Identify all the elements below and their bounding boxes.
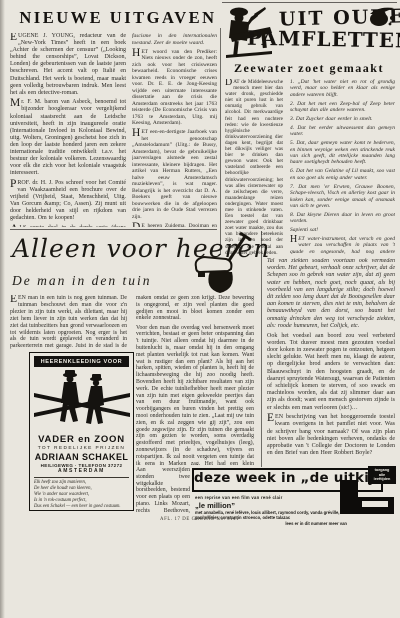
heeren-column-2: maken omdat ze geen zon krijgt. Deze bew… — [136, 295, 254, 465]
ad-header: HEERENKLEEDING VOOR — [34, 356, 129, 367]
dropcap: H — [290, 236, 297, 245]
article-paragraph: EEN man in een tuin is nog geen tuinman.… — [10, 295, 127, 349]
article-paragraph: maken omdat ze geen zon krijgt. Deze bew… — [136, 295, 254, 322]
dropcap: E — [10, 33, 17, 43]
article-paragraph: EEN beschrijving van het hooggeroemde to… — [267, 414, 395, 457]
pamphlet-claim-item: 7. Dat men 'er Erwten, Grauwe Boonen, Sc… — [290, 184, 395, 210]
uitkijk-logo-slot — [362, 501, 388, 507]
dropcap: E — [267, 414, 274, 424]
section-divider-rule — [10, 229, 217, 230]
pamphlet-claim-item: Sapienti sat! — [290, 227, 395, 233]
ad-verse-line: Dus een Schakel — een heer in goed costu… — [34, 504, 129, 510]
pamphlet-claim-item: 2. Dat het met een Zeep-bal of Zeep bete… — [290, 101, 395, 114]
nieuwe-uitgaven-column-2: fascisme in den internationalen toestand… — [132, 33, 217, 227]
pamfletten-column-1: DAT de Middeleeuwsche mensch meer bier d… — [225, 79, 283, 255]
pamphlet-claim-item: 3. Dat Zuycker daar eerder in smelt. — [290, 116, 395, 122]
article-paragraph: HET water-instrument, dat versch en goed… — [290, 236, 395, 255]
ad-merchant-name: ADRIAAN SCHAKEL — [34, 452, 129, 462]
column-divider-rule-top — [220, 28, 221, 255]
dropcap: D — [225, 79, 232, 88]
column-divider-rule-bottom — [261, 231, 262, 467]
ad-vader-en-zoon: VADER en ZOON — [34, 434, 129, 445]
film-title: „le million” — [195, 501, 347, 510]
scan-edge-shadow — [0, 0, 5, 618]
pamphlet-claim-item: 6. Dat het van Gelatine of Lil maakt, so… — [290, 168, 395, 181]
age-admission-badge: toegang alle leeftijden — [368, 466, 396, 484]
dropcap: P — [10, 180, 16, 190]
banner-title-line2: PAMFLETTEN — [247, 26, 397, 53]
ad-verse: Elk heeft zoo zijn manieren, De heer die… — [34, 477, 129, 510]
schakel-advertisement[interactable]: HEERENKLEEDING VOOR VADER en ZOON TOT RE… — [29, 352, 134, 511]
inkpot-ornament-icon — [366, 4, 396, 28]
review-paragraph: HET een-en-dertigste Jaarboek van het ge… — [132, 129, 217, 220]
article-paragraph: Voor den man die overdag veel hersenwerk… — [136, 325, 254, 465]
review-paragraph: ALS eerste deel in de derde serie (thans… — [10, 225, 126, 227]
review-paragraph: fascisme in den internationalen toestand… — [132, 33, 217, 46]
pamphlet-claim-item: 1. „Dat 'het water niet en rot of grondi… — [290, 79, 395, 98]
badge-line: leeftijden — [369, 477, 395, 482]
review-paragraph: PROF. dr. H. J. Pos schreef voor het Com… — [10, 180, 126, 223]
heeren-column-1: EEN man in een tuin is nog geen tuinman.… — [10, 295, 127, 349]
review-paragraph: EUGENE J. YOUNG, redacteur van de „New-Y… — [10, 33, 126, 97]
film-note: lees er in dit nummer meer van — [195, 521, 347, 526]
heeren-column-2-tail: Aan weerszijden stonden twee witgekalkte… — [136, 467, 190, 514]
page-footer: AFL. 17 DE GROENE No. 3141 — [160, 517, 239, 522]
article-paragraph: DAT de Middeleeuwsche mensch meer bier d… — [225, 79, 283, 255]
film-kicker: een reprise van een film van rené clair — [195, 495, 347, 500]
article-paragraph: Ook het voedsel aan boord zou veel verbe… — [267, 333, 395, 412]
pamphlet-claim-item: 5. Dat, daar gemeyn water komt te bederv… — [290, 140, 395, 166]
dropcap: E — [10, 295, 17, 305]
review-paragraph: HET woord van den Prediker: Niets nieuws… — [132, 49, 217, 127]
pamfletten-column-2: 1. „Dat 'het water niet en rot of grondi… — [290, 79, 395, 255]
article-paragraph: Aan weerszijden stonden twee witgekalkte… — [136, 467, 190, 514]
top-rule — [222, 2, 397, 3]
pamphlet-claim-item: 8. Dat kleyne Dieren daar in leven en gr… — [290, 212, 395, 225]
uitkijk-logo-icon — [340, 480, 358, 514]
father-and-son-illustration — [34, 367, 130, 429]
dropcap: H — [132, 129, 140, 139]
dropcap: M — [10, 99, 20, 109]
article-paragraph: Tal van ziekten souden voortaan ook verm… — [267, 258, 395, 330]
review-paragraph: Mr. F. M. baron van Asbeck, benoemd tot … — [10, 99, 126, 177]
dropcap: D — [132, 223, 140, 228]
pamphlet-claim-item: 4. Dat het eerder uitwaessemt dan gemeyn… — [290, 125, 395, 138]
dropcap: A — [10, 225, 18, 227]
ad-city: AMSTERDAM — [34, 468, 129, 474]
article-title-man-in-den-tuin: De man in den tuin — [12, 273, 152, 289]
section-title-nieuwe-uitgaven: NIEUWE UITGAVEN — [18, 8, 218, 28]
nieuwe-uitgaven-column-1: EUGENE J. YOUNG, redacteur van de „New-Y… — [10, 33, 126, 227]
ad-prijzen-line: TOT REDELIJKE PRIJZEN — [34, 446, 129, 451]
article-title-zeewater: Zeewater zoet gemaakt — [222, 61, 396, 76]
dropcap: H — [132, 49, 140, 59]
review-paragraph: DE heeren Zuidema, Dooiman en Brandt heb… — [132, 223, 217, 228]
shoe-on-spade-illustration — [188, 231, 252, 295]
magazine-page: NIEUWE UITGAVEN EUGENE J. YOUNG, redacte… — [0, 0, 400, 618]
pamfletten-column-3: Tal van ziekten souden voortaan ook verm… — [267, 258, 395, 462]
